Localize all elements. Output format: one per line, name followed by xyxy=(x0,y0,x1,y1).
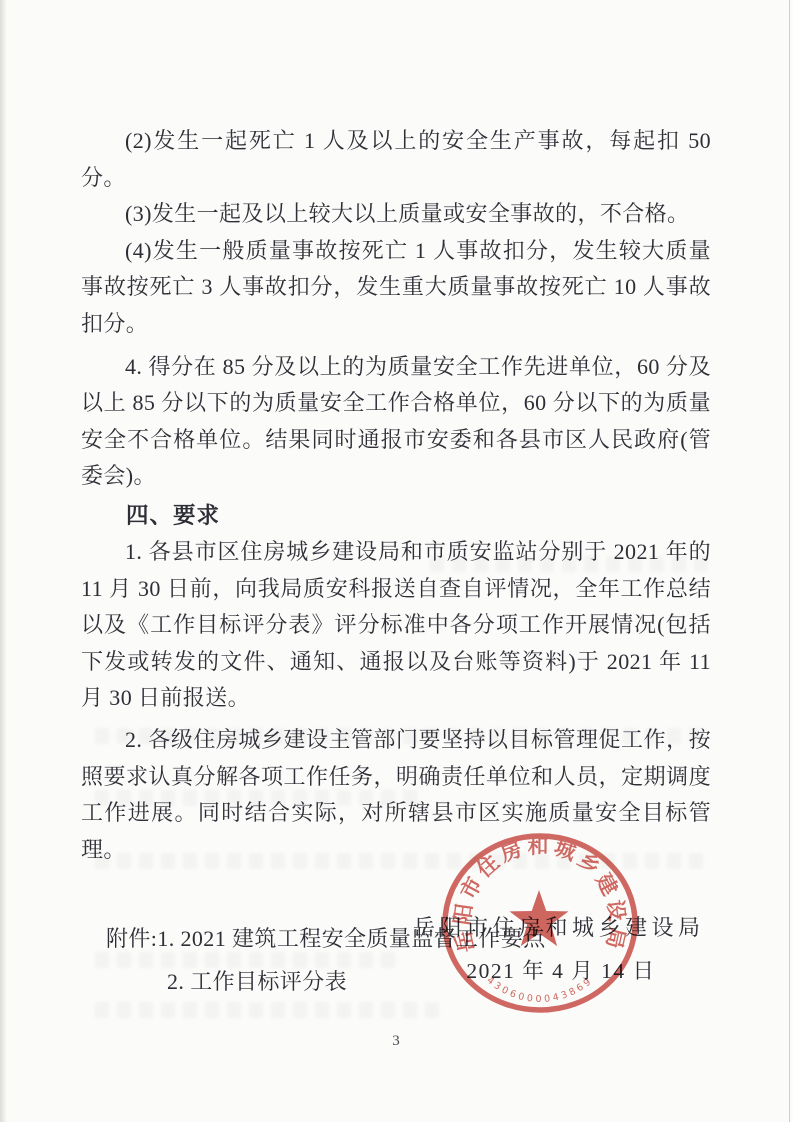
page-number: 3 xyxy=(0,1033,793,1050)
scan-edge-left xyxy=(0,0,7,1122)
paragraph-deduction-2: (2)发生一起死亡 1 人及以上的安全生产事故，每起扣 50 分。 xyxy=(81,123,711,196)
paragraph-deduction-3: (3)发生一起及以上较大以上质量或安全事故的，不合格。 xyxy=(81,196,711,233)
scanned-document-page: (2)发生一起死亡 1 人及以上的安全生产事故，每起扣 50 分。 (3)发生一… xyxy=(0,0,793,1122)
official-seal: 岳阳市住房和城乡建设局 4306000043869 xyxy=(440,833,640,1023)
bleedthrough-artifact xyxy=(95,1002,445,1018)
paragraph-deduction-4: (4)发生一般质量事故按死亡 1 人事故扣分，发生较大质量事故按死亡 3 人事故… xyxy=(81,233,711,343)
paragraph-requirement-1: 1. 各县市区住房城乡建设局和市质安监站分别于 2021 年的 11 月 30 … xyxy=(81,534,711,717)
attachment-label: 附件: xyxy=(106,926,157,951)
seal-star-icon xyxy=(510,890,569,946)
section-heading-requirements: 四、要求 xyxy=(81,497,711,534)
paragraph-scoring-rule: 4. 得分在 85 分及以上的为质量安全工作先进单位，60 分及以上 85 分以… xyxy=(81,349,711,495)
scan-edge-right xyxy=(789,0,790,1122)
attachment-item-2: 2. 工作目标评分表 xyxy=(167,969,347,994)
